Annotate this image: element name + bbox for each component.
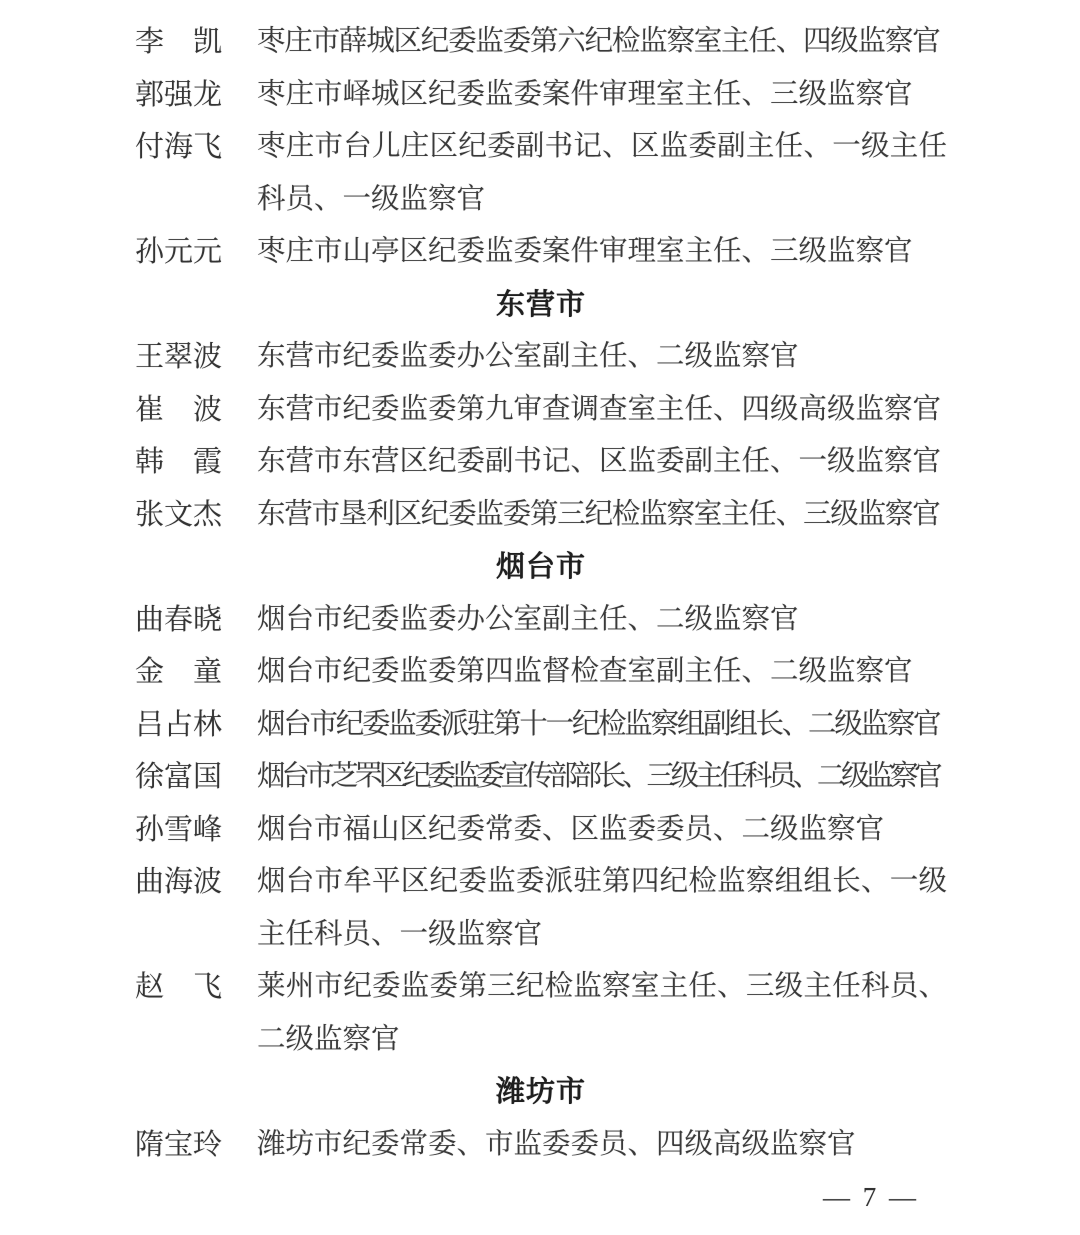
officer-name: 吕占林 — [135, 699, 225, 752]
officer-name: 金 童 — [135, 646, 225, 699]
officer-title: 烟台市纪委监委派驻第十一纪检监察组副组长、二级监察官 — [257, 699, 947, 752]
page-number: — 7 — — [135, 1171, 947, 1224]
officer-name: 郭强龙 — [135, 69, 225, 122]
officer-entry: 吕占林 烟台市纪委监委派驻第十一纪检监察组副组长、二级监察官 — [135, 699, 947, 752]
city-section-entries: 曲春晓 烟台市纪委监委办公室副主任、二级监察官 金 童 烟台市纪委监委第四监督检… — [135, 594, 947, 1067]
document-body: 李 凯 枣庄市薛城区纪委监委第六纪检监察室主任、四级监察官 郭强龙 枣庄市峄城区… — [135, 0, 947, 1224]
officer-entry: 王翠波 东营市纪委监委办公室副主任、二级监察官 — [135, 331, 947, 384]
officer-entry: 隋宝玲 潍坊市纪委常委、市监委委员、四级高级监察官 — [135, 1119, 947, 1172]
officer-entry: 崔 波 东营市纪委监委第九审查调查室主任、四级高级监察官 — [135, 384, 947, 437]
officer-name: 韩 霞 — [135, 436, 225, 489]
officer-entry: 曲春晓 烟台市纪委监委办公室副主任、二级监察官 — [135, 594, 947, 647]
city-section: 烟台市 曲春晓 烟台市纪委监委办公室副主任、二级监察官 金 童 烟台市纪委监委第… — [135, 541, 947, 1066]
officer-entry: 郭强龙 枣庄市峄城区纪委监委案件审理室主任、三级监察官 — [135, 69, 947, 122]
city-section-entries: 王翠波 东营市纪委监委办公室副主任、二级监察官 崔 波 东营市纪委监委第九审查调… — [135, 331, 947, 541]
officer-title: 枣庄市峄城区纪委监委案件审理室主任、三级监察官 — [257, 69, 947, 122]
officer-title: 东营市纪委监委办公室副主任、二级监察官 — [257, 331, 947, 384]
officer-title: 枣庄市薛城区纪委监委第六纪检监察室主任、四级监察官 — [257, 16, 947, 69]
officer-title: 东营市东营区纪委副书记、区监委副主任、一级监察官 — [257, 436, 947, 489]
officer-title: 烟台市芝罘区纪委监委宣传部部长、三级主任科员、二级监察官 — [257, 751, 947, 804]
officer-title: 莱州市纪委监委第三纪检监察室主任、三级主任科员、二级监察官 — [257, 961, 947, 1066]
officer-name: 张文杰 — [135, 489, 225, 542]
officer-entry: 孙雪峰 烟台市福山区纪委常委、区监委委员、二级监察官 — [135, 804, 947, 857]
officer-name: 徐富国 — [135, 751, 225, 804]
officer-title: 东营市垦利区纪委监委第三纪检监察室主任、三级监察官 — [257, 489, 947, 542]
officer-name: 曲春晓 — [135, 594, 225, 647]
officer-name: 王翠波 — [135, 331, 225, 384]
officer-name: 孙元元 — [135, 226, 225, 279]
city-section-entries: 隋宝玲 潍坊市纪委常委、市监委委员、四级高级监察官 — [135, 1119, 947, 1172]
officer-entry: 徐富国 烟台市芝罘区纪委监委宣传部部长、三级主任科员、二级监察官 — [135, 751, 947, 804]
officer-title: 烟台市福山区纪委常委、区监委委员、二级监察官 — [257, 804, 947, 857]
officer-entry: 张文杰 东营市垦利区纪委监委第三纪检监察室主任、三级监察官 — [135, 489, 947, 542]
city-section: 李 凯 枣庄市薛城区纪委监委第六纪检监察室主任、四级监察官 郭强龙 枣庄市峄城区… — [135, 16, 947, 279]
officer-entry: 孙元元 枣庄市山亭区纪委监委案件审理室主任、三级监察官 — [135, 226, 947, 279]
city-section-header: 东营市 — [135, 279, 947, 332]
officer-name: 孙雪峰 — [135, 804, 225, 857]
officer-title: 烟台市纪委监委第四监督检查室副主任、二级监察官 — [257, 646, 947, 699]
officer-name: 李 凯 — [135, 16, 225, 69]
city-section: 东营市 王翠波 东营市纪委监委办公室副主任、二级监察官 崔 波 东营市纪委监委第… — [135, 279, 947, 542]
officer-entry: 曲海波 烟台市牟平区纪委监委派驻第四纪检监察组组长、一级主任科员、一级监察官 — [135, 856, 947, 961]
officer-entry: 李 凯 枣庄市薛城区纪委监委第六纪检监察室主任、四级监察官 — [135, 16, 947, 69]
city-section: 潍坊市 隋宝玲 潍坊市纪委常委、市监委委员、四级高级监察官 — [135, 1066, 947, 1171]
officer-name: 付海飞 — [135, 121, 225, 174]
officer-entry: 赵 飞 莱州市纪委监委第三纪检监察室主任、三级主任科员、二级监察官 — [135, 961, 947, 1066]
city-section-header: 烟台市 — [135, 541, 947, 594]
officer-title: 烟台市牟平区纪委监委派驻第四纪检监察组组长、一级主任科员、一级监察官 — [257, 856, 947, 961]
officer-title: 烟台市纪委监委办公室副主任、二级监察官 — [257, 594, 947, 647]
officer-title: 潍坊市纪委常委、市监委委员、四级高级监察官 — [257, 1119, 947, 1172]
officer-name: 崔 波 — [135, 384, 225, 437]
officer-entry: 韩 霞 东营市东营区纪委副书记、区监委副主任、一级监察官 — [135, 436, 947, 489]
officer-name: 赵 飞 — [135, 961, 225, 1014]
city-section-entries: 李 凯 枣庄市薛城区纪委监委第六纪检监察室主任、四级监察官 郭强龙 枣庄市峄城区… — [135, 16, 947, 279]
city-section-header: 潍坊市 — [135, 1066, 947, 1119]
officer-name: 曲海波 — [135, 856, 225, 909]
officer-title: 东营市纪委监委第九审查调查室主任、四级高级监察官 — [257, 384, 947, 437]
officer-name: 隋宝玲 — [135, 1119, 225, 1172]
officer-title: 枣庄市山亭区纪委监委案件审理室主任、三级监察官 — [257, 226, 947, 279]
officer-entry: 付海飞 枣庄市台儿庄区纪委副书记、区监委副主任、一级主任科员、一级监察官 — [135, 121, 947, 226]
officer-entry: 金 童 烟台市纪委监委第四监督检查室副主任、二级监察官 — [135, 646, 947, 699]
officer-title: 枣庄市台儿庄区纪委副书记、区监委副主任、一级主任科员、一级监察官 — [257, 121, 947, 226]
